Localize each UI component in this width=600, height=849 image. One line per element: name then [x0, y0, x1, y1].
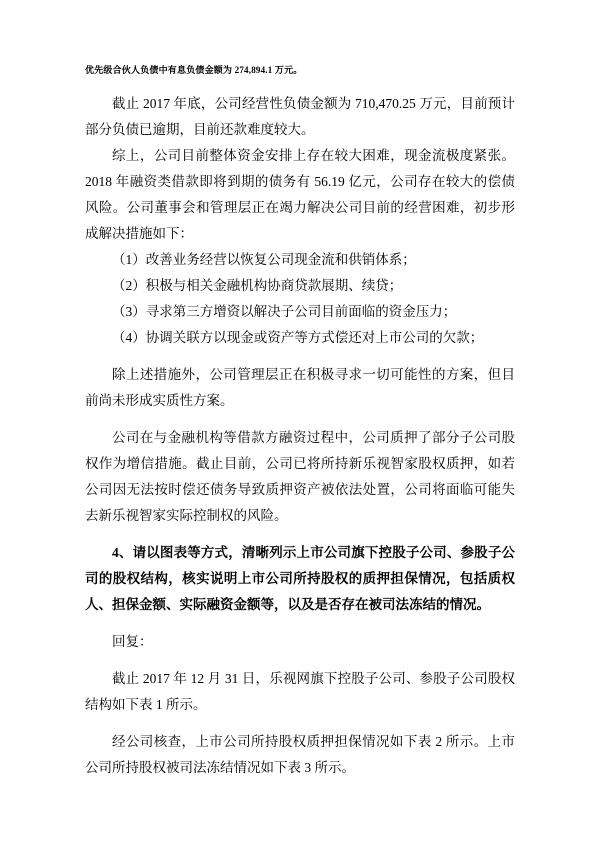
paragraph-operating-debt: 截止 2017 年底，公司经营性负债金额为 710,470.25 万元，目前预计…	[85, 91, 515, 143]
footnote-priority-partner-debt: 优先级合伙人负债中有息负债金额为 274,894.1 万元。	[85, 64, 515, 76]
paragraph-pledge-risk: 公司在与金融机构等借款方融资过程中，公司质押了部分子公司股权作为增信措施。截止目…	[85, 425, 515, 529]
paragraph-equity-structure-table1: 截止 2017 年 12 月 31 日，乐视网旗下控股子公司、参股子公司股权结构…	[85, 666, 515, 718]
list-item-measure-2: （2）积极与相关金融机构协商贷款展期、续贷；	[85, 273, 515, 299]
paragraph-other-measures: 除上述措施外，公司管理层正在积极寻求一切可能性的方案，但目前尚未形成实质性方案。	[85, 362, 515, 414]
paragraph-pledge-table2-table3: 经公司核查，上市公司所持股权质押担保情况如下表 2 所示。上市公司所持股权被司法…	[85, 729, 515, 781]
list-item-measure-3: （3）寻求第三方增资以解决子公司目前面临的资金压力；	[85, 299, 515, 325]
reply-label: 回复：	[85, 629, 515, 655]
document-page: 优先级合伙人负债中有息负债金额为 274,894.1 万元。 截止 2017 年…	[0, 0, 600, 849]
question-4-heading: 4、请以图表等方式，清晰列示上市公司旗下控股子公司、参股子公司的股权结构，核实说…	[85, 540, 515, 618]
list-item-measure-1: （1）改善业务经营以恢复公司现金流和供销体系；	[85, 247, 515, 273]
paragraph-funding-summary: 综上，公司目前整体资金安排上存在较大困难，现金流极度紧张。2018 年融资类借款…	[85, 143, 515, 247]
list-item-measure-4: （4）协调关联方以现金或资产等方式偿还对上市公司的欠款；	[85, 325, 515, 351]
